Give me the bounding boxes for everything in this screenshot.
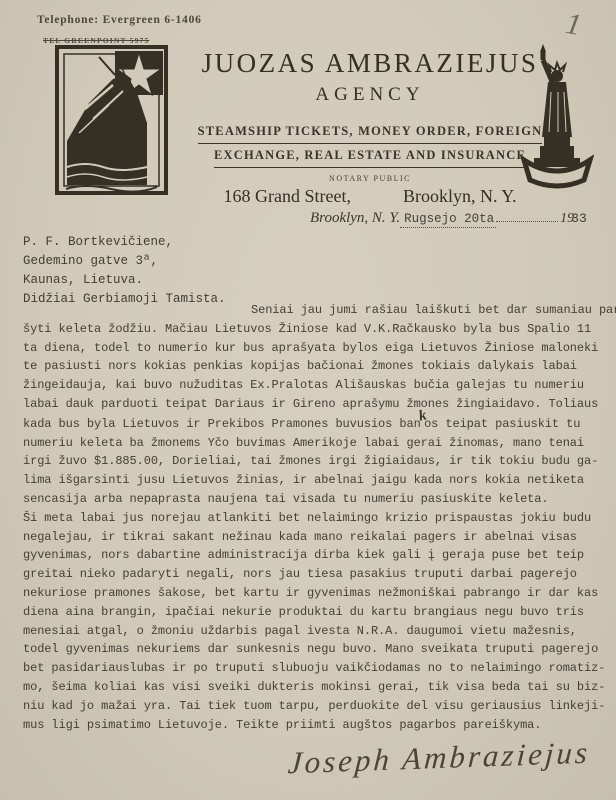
services-line-1: STEAMSHIP TICKETS, MONEY ORDER, FOREIGN (198, 121, 543, 144)
scanned-letter-page: Telephone: Evergreen 6-1406 Tel Greenpoi… (0, 0, 616, 800)
telephone-line: Telephone: Evergreen 6-1406 (37, 14, 202, 26)
body-line: ta diena, todel to numerio kur bus apraš… (23, 339, 598, 358)
letterhead: JUOZAS AMBRAZIEJUS AGENCY STEAMSHIP TICK… (178, 48, 562, 207)
dateline-year-typed: 33 (571, 211, 587, 226)
street-address: 168 Grand Street, (224, 186, 351, 207)
agency-name: JUOZAS AMBRAZIEJUS (178, 48, 562, 79)
recipient-line: P. F. Bortkevičiene, (23, 233, 226, 252)
body-line: šyti keleta žodžiu. Mačiau Lietuvos Žini… (23, 320, 598, 339)
city-address: Brooklyn, N. Y. (403, 186, 517, 207)
page-number-annotation: 1 (563, 7, 584, 43)
dateline-dotted-leader (496, 210, 558, 222)
services-line-2: EXCHANGE, REAL ESTATE AND INSURANCE (214, 145, 526, 168)
letter-body: Seniai jau jumi rašiau laiškuti bet dar … (23, 301, 598, 734)
handwritten-signature: Joseph Ambraziejus (287, 735, 592, 782)
recipient-line: Kaunas, Lietuva. (23, 271, 226, 290)
body-line: mus ligi psimatimo Lietuvoje. Teikte pri… (23, 716, 598, 735)
body-line: diena aina brangin, ipačiai nekurie prod… (23, 603, 598, 622)
agency-subtitle: AGENCY (178, 84, 562, 106)
body-line: lima išgarsinti jusu Lietuvos žinias, ir… (23, 471, 598, 490)
body-line: negalejau, ir tikrai sakant nežinau kada… (23, 528, 598, 547)
body-line: labai dauk parduoti teipat Dariaus ir Gi… (23, 395, 598, 414)
body-line: nekuriose pramones šakose, bet kartu ir … (23, 584, 598, 603)
body-line: Ši meta labai jus norejau atlankiti bet … (23, 509, 598, 528)
body-line: te pasiusti nors kokias penkias kopijas … (23, 357, 598, 376)
body-line: irgi žuvo $1.885.00, Dorieliai, tai žmon… (23, 452, 598, 471)
body-line: bet pasidariauslubas ir po truputi slubu… (23, 659, 598, 678)
dateline: Brooklyn, N. Y. Rugsejo 20ta 19 33 (310, 210, 587, 228)
body-line: gyvenimas, nors dabartine administracija… (23, 546, 598, 565)
notary-public-label: NOTARY PUBLIC (178, 174, 562, 183)
body-line: todel gyvenimas nekuriems dar sunkesnis … (23, 640, 598, 659)
recipient-line: Gedemino gatve 3ª, (23, 252, 226, 271)
body-line: sencasija arba nepaprasta naujena tai vi… (23, 490, 598, 509)
dateline-typed-date: Rugsejo 20ta (400, 212, 496, 228)
body-line: Seniai jau jumi rašiau laiškuti bet dar … (23, 301, 598, 320)
steamship-woodcut-icon (55, 45, 168, 200)
dateline-place: Brooklyn, N. Y. (310, 210, 400, 227)
body-line: žingeidauja, kai buvo nužuditas Ex.Pralo… (23, 376, 598, 395)
body-line: numeriu keleta ba žmonems Yčo buvimas Am… (23, 434, 598, 453)
body-line: niu kad jo mažai yra. Tai tiek tuom tarp… (23, 697, 598, 716)
body-line: mo, šeima koliai kas visi sveiki dukteri… (23, 678, 598, 697)
body-line: menesiai atgal, o žmoniu uždarbis pagal … (23, 622, 598, 641)
recipient-block: P. F. Bortkevičiene,Gedemino gatve 3ª,Ka… (23, 233, 226, 309)
body-line: kada bus byla Lietuvos ir Prekibos Pramo… (23, 414, 598, 434)
body-line: greitai nieko padaryti negali, nors jau … (23, 565, 598, 584)
old-telephone-struck: Tel Greenpoint 5975 (43, 36, 149, 45)
